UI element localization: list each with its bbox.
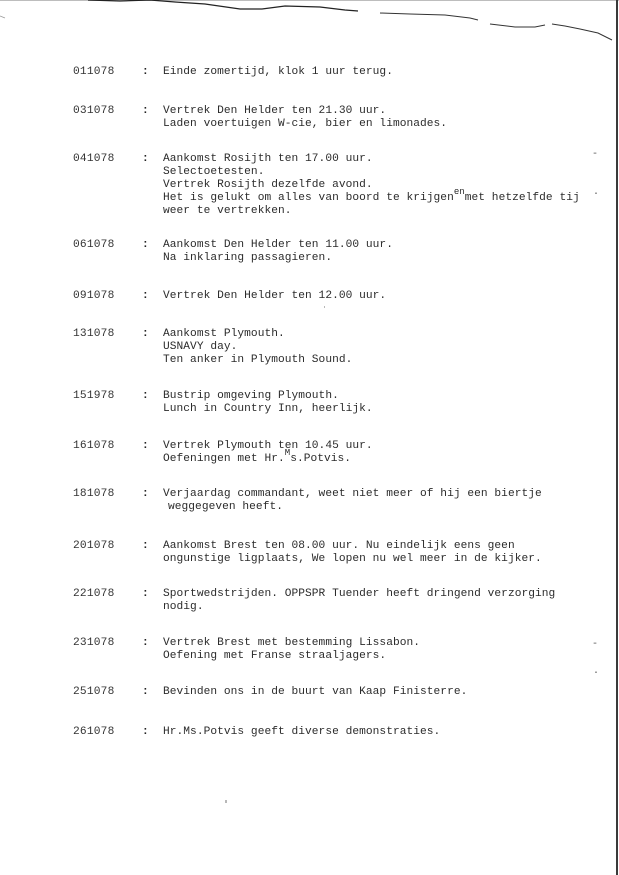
entry-text: Aankomst Rosijth ten 17.00 uur. Selectoe… <box>163 153 580 218</box>
document-page: 011078 : Einde zomertijd, klok 1 uur ter… <box>0 0 619 875</box>
entry-line: Vertrek Den Helder ten 21.30 uur. <box>163 105 447 118</box>
entry-line: Aankomst Den Helder ten 11.00 uur. <box>163 239 393 252</box>
margin-mark: - <box>592 640 598 650</box>
entry-text: Sportwedstrijden. OPPSPR Tuender heeft d… <box>163 588 555 614</box>
entry-date: 031078 <box>73 105 114 118</box>
entry-line: Aankomst Brest ten 08.00 uur. Nu eindeli… <box>163 540 542 553</box>
entry-text: Aankomst Plymouth. USNAVY day. Ten anker… <box>163 328 352 367</box>
entry-line: Vertrek Rosijth dezelfde avond. <box>163 179 580 192</box>
entry-text: Hr.Ms.Potvis geeft diverse demonstraties… <box>163 726 440 739</box>
entry-line: Oefening met Franse straaljagers. <box>163 650 420 663</box>
entry-line: Vertrek Plymouth ten 10.45 uur. <box>163 440 373 453</box>
entry-separator: : <box>142 328 149 341</box>
entry-text: Vertrek Den Helder ten 12.00 uur. <box>163 290 386 303</box>
entry-separator: : <box>142 440 149 453</box>
entry-line: Vertrek Brest met bestemming Lissabon. <box>163 637 420 650</box>
entry-text: Verjaardag commandant, weet niet meer of… <box>163 488 542 514</box>
torn-top-edge <box>0 0 619 50</box>
entry-date: 231078 <box>73 637 114 650</box>
entry-line: weer te vertrekken. <box>163 205 580 218</box>
entry-date: 011078 <box>73 66 114 79</box>
entry-date: 161078 <box>73 440 114 453</box>
entry-text: Vertrek Den Helder ten 21.30 uur. Laden … <box>163 105 447 131</box>
entry-text: Einde zomertijd, klok 1 uur terug. <box>163 66 393 79</box>
entry-line-tail: met hetzelfde tij <box>465 192 580 204</box>
entry-line: ongunstige ligplaats, We lopen nu wel me… <box>163 553 542 566</box>
entry-separator: : <box>142 637 149 650</box>
entry-date: 201078 <box>73 540 114 553</box>
entry-text: Aankomst Den Helder ten 11.00 uur. Na in… <box>163 239 393 265</box>
entry-text: Bevinden ons in de buurt van Kaap Finist… <box>163 686 467 699</box>
entry-line: Einde zomertijd, klok 1 uur terug. <box>163 66 393 79</box>
scan-speck <box>324 306 325 308</box>
entry-date: 151978 <box>73 390 114 403</box>
entry-line: Vertrek Den Helder ten 12.00 uur. <box>163 290 386 303</box>
scan-speck <box>225 800 227 803</box>
scan-right-edge <box>616 0 618 875</box>
entry-line: Ten anker in Plymouth Sound. <box>163 354 352 367</box>
entry-separator: : <box>142 105 149 118</box>
entry-separator: : <box>142 66 149 79</box>
entry-line: Aankomst Rosijth ten 17.00 uur. <box>163 153 580 166</box>
entry-date: 091078 <box>73 290 114 303</box>
entry-separator: : <box>142 239 149 252</box>
entry-date: 261078 <box>73 726 114 739</box>
entry-separator: : <box>142 390 149 403</box>
entry-line-with-insertion: Het is gelukt om alles van boord te krij… <box>163 192 580 205</box>
margin-mark: . <box>593 667 599 677</box>
entry-line: Bevinden ons in de buurt van Kaap Finist… <box>163 686 467 699</box>
entry-text: Bustrip omgeving Plymouth. Lunch in Coun… <box>163 390 373 416</box>
entry-separator: : <box>142 686 149 699</box>
entry-date: 131078 <box>73 328 114 341</box>
entry-separator: : <box>142 153 149 166</box>
entry-line: Laden voertuigen W-cie, bier en limonade… <box>163 118 447 131</box>
entry-line-with-superscript: Oefeningen met Hr.Ms.Potvis. <box>163 453 373 466</box>
entry-line: Bustrip omgeving Plymouth. <box>163 390 373 403</box>
entry-line: Sportwedstrijden. OPPSPR Tuender heeft d… <box>163 588 555 601</box>
margin-mark: - <box>592 150 598 160</box>
entry-separator: : <box>142 540 149 553</box>
entry-text: Vertrek Plymouth ten 10.45 uur. Oefening… <box>163 440 373 466</box>
entry-line: Aankomst Plymouth. <box>163 328 352 341</box>
entry-line: USNAVY day. <box>163 341 352 354</box>
entry-date: 221078 <box>73 588 114 601</box>
entry-line-tail: s.Potvis. <box>290 453 351 465</box>
entry-separator: : <box>142 290 149 303</box>
entry-line: nodig. <box>163 601 555 614</box>
superscript: M <box>285 448 290 458</box>
entry-date: 251078 <box>73 686 114 699</box>
margin-mark: . <box>593 188 599 198</box>
entry-line-head: Het is gelukt om alles van boord te krij… <box>163 192 454 204</box>
entry-date: 181078 <box>73 488 114 501</box>
entry-text: Vertrek Brest met bestemming Lissabon. O… <box>163 637 420 663</box>
entry-line: Na inklaring passagieren. <box>163 252 393 265</box>
entry-date: 061078 <box>73 239 114 252</box>
entry-separator: : <box>142 488 149 501</box>
entry-line: Hr.Ms.Potvis geeft diverse demonstraties… <box>163 726 440 739</box>
entry-line-head: Oefeningen met Hr. <box>163 453 285 465</box>
entry-line: Verjaardag commandant, weet niet meer of… <box>163 488 542 501</box>
entry-date: 041078 <box>73 153 114 166</box>
entry-line: Lunch in Country Inn, heerlijk. <box>163 403 373 416</box>
entry-line: Selectoetesten. <box>163 166 580 179</box>
typed-insertion: en <box>454 187 465 197</box>
entry-separator: : <box>142 726 149 739</box>
entry-line: weggegeven heeft. <box>163 501 542 514</box>
entry-separator: : <box>142 588 149 601</box>
entry-text: Aankomst Brest ten 08.00 uur. Nu eindeli… <box>163 540 542 566</box>
